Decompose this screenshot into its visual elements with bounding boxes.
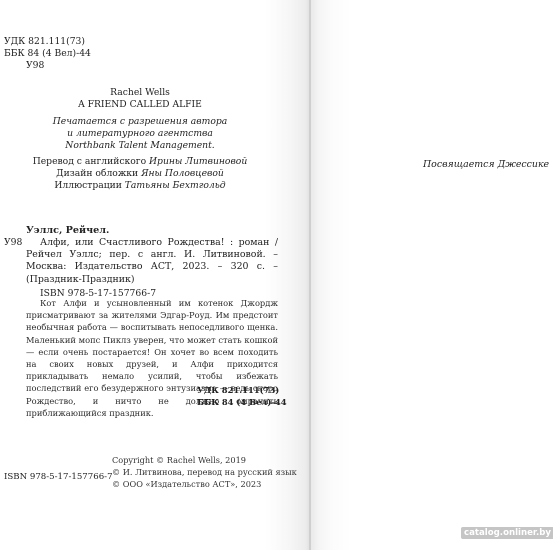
bbk-code-top: ББК 84 (4 Вел)-44 <box>4 48 91 60</box>
bibliographic-record: Алфи, или Счастливого Рождества! : роман… <box>26 237 278 286</box>
copyright-block: Copyright © Rachel Wells, 2019 © И. Литв… <box>112 454 297 490</box>
udk-code-bottom: УДК 821.111(73) <box>197 384 279 396</box>
permission-line: Печатается с разрешения автора <box>0 116 280 128</box>
credit-translation: Перевод с английского Ирины Литвиновой <box>0 156 280 168</box>
credit-cover-design: Дизайн обложки Яны Половцевой <box>0 168 280 180</box>
dedication: Посвящается Джессике <box>423 159 549 171</box>
original-title: A FRIEND CALLED ALFIE <box>0 99 280 111</box>
copyright-line: © ООО «Издательство АСТ», 2023 <box>112 478 297 490</box>
author-mark-mid: У98 <box>4 237 22 249</box>
permission-line: Northbank Talent Management. <box>0 140 280 152</box>
copyright-line: Copyright © Rachel Wells, 2019 <box>112 454 297 466</box>
credit-illustrations: Иллюстрации Татьяны Бехтгольд <box>0 180 280 192</box>
original-author: Rachel Wells <box>0 87 280 99</box>
permission-notice: Печатается с разрешения автора и литерат… <box>0 116 280 152</box>
right-page <box>311 0 553 550</box>
author-mark-top: У98 <box>26 60 44 72</box>
permission-line: и литературного агентства <box>0 128 280 140</box>
watermark: catalog.onliner.by <box>461 527 553 539</box>
author-heading: Уэллс, Рейчел. <box>26 225 109 237</box>
copyright-line: © И. Литвинова, перевод на русский язык <box>112 466 297 478</box>
left-page: УДК 821.111(73) ББК 84 (4 Вел)-44 У98 Ra… <box>0 0 309 550</box>
udk-code-top: УДК 821.111(73) <box>4 36 85 48</box>
bbk-code-bottom: ББК 84 (4 Вел)-44 <box>197 396 287 408</box>
credits: Перевод с английского Ирины Литвиновой Д… <box>0 156 280 192</box>
isbn-bottom: ISBN 978-5-17-157766-7 <box>4 471 113 483</box>
